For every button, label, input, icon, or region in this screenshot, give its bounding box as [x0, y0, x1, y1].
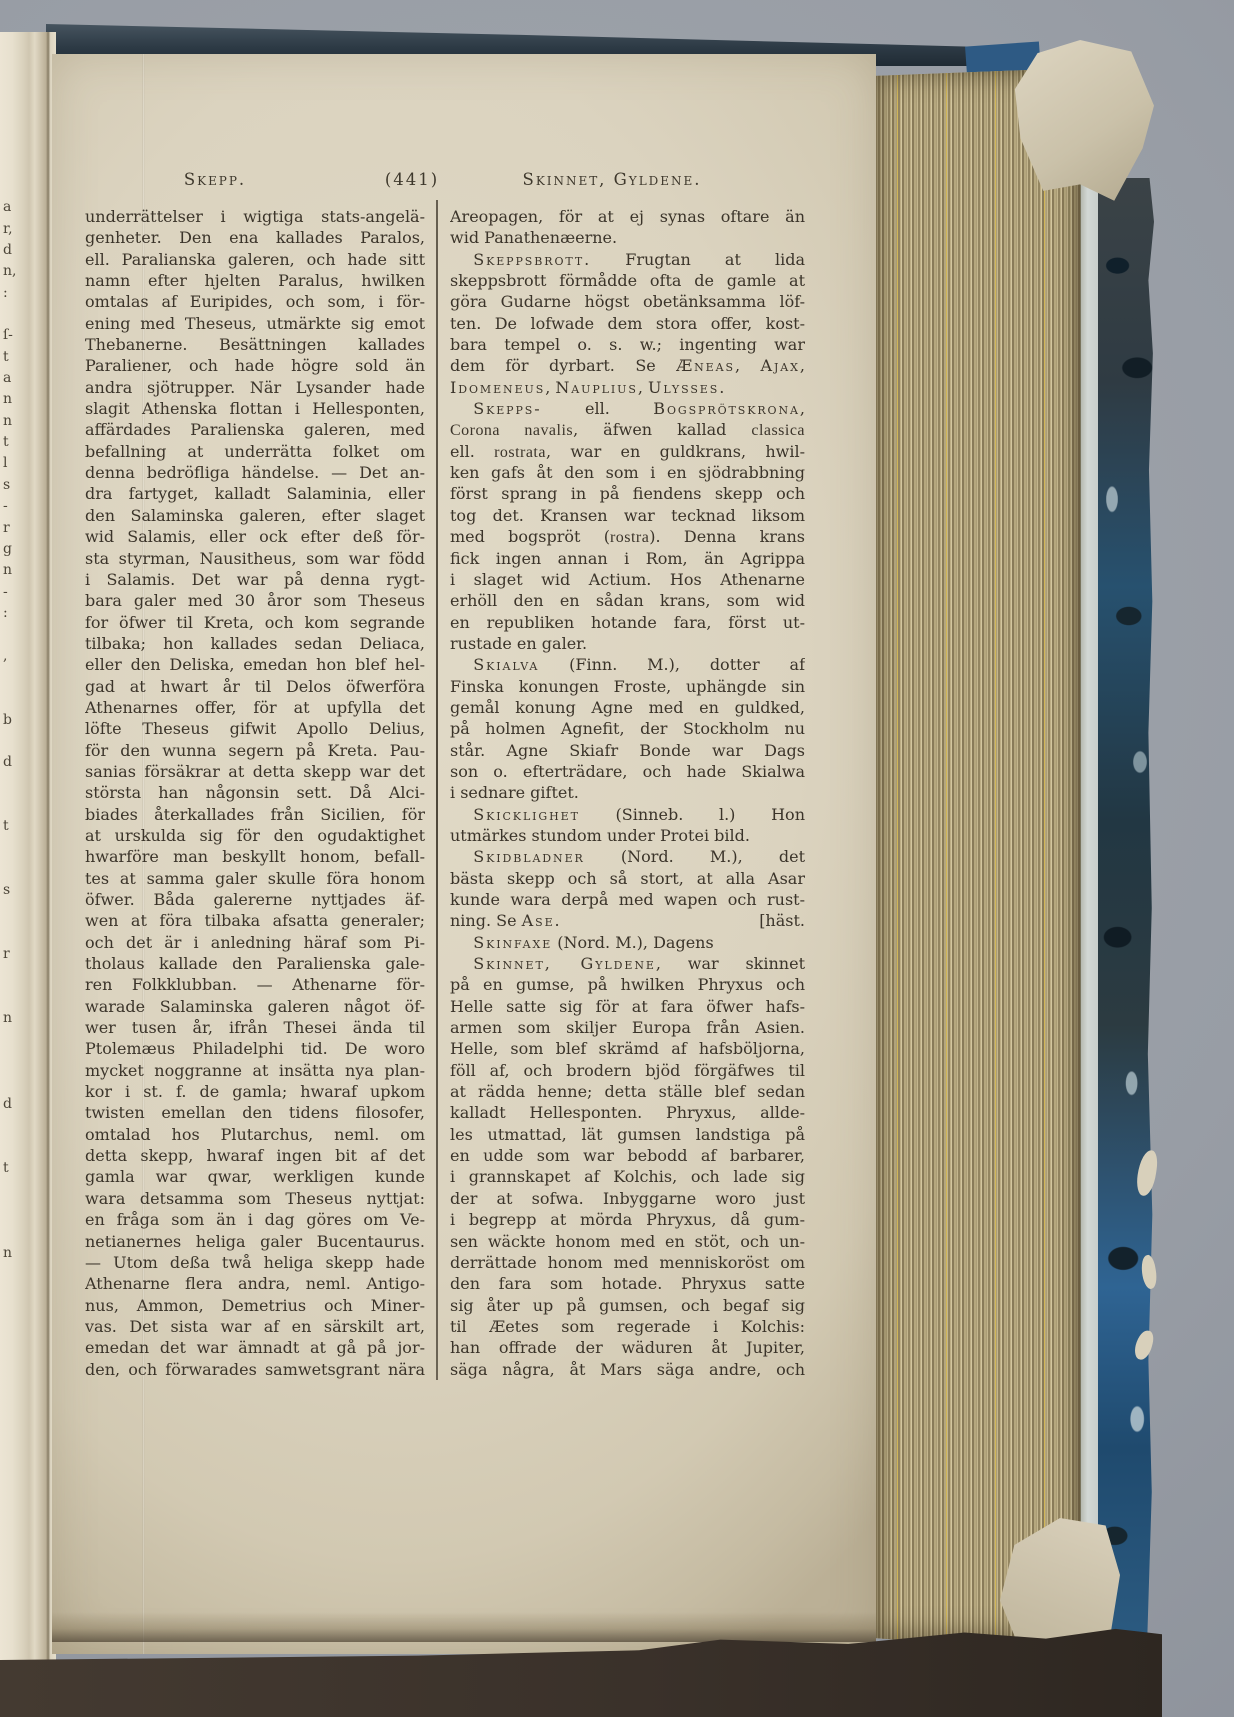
- text-line: nus, Ammon, Demetrius och Miner-: [85, 1295, 425, 1316]
- text-line: Athenarne flera andra, neml. Antigo-: [85, 1273, 425, 1294]
- clipped-letter: l: [3, 453, 23, 474]
- left-text-column: underrättelser i wigtiga stats-angelä-ge…: [85, 206, 425, 1380]
- clipped-letter: ſ-: [3, 325, 23, 346]
- text-line: eller den Deliska, emedan hon blef hel-: [85, 654, 425, 675]
- text-line: kor i st. f. de gamla; hwaraf upkom: [85, 1081, 425, 1102]
- clipped-letter: [3, 624, 23, 645]
- text-line: sen wäckte honom med en stöt, och un-: [450, 1231, 805, 1252]
- text-line: tilbaka; hon kallades sedan Deliaca,: [85, 633, 425, 654]
- clipped-letter: [3, 966, 23, 987]
- clipped-letter: ,: [3, 646, 23, 667]
- text-line: i Salamis. Det war på denna rygt-: [85, 569, 425, 590]
- clipped-letter: [3, 1179, 23, 1200]
- clipped-letter: a: [3, 368, 23, 389]
- text-line: wer tusen år, ifrån Thesei ända til: [85, 1017, 425, 1038]
- text-line: emedan det war ämnadt at gå på jor-: [85, 1337, 425, 1358]
- text-line: les utmattad, lät gumsen landstiga på: [450, 1124, 805, 1145]
- text-line: tog det. Kransen war tecknad liksom: [450, 505, 805, 526]
- running-head-right: Skinnet, Gyldene.: [523, 170, 702, 189]
- text-line: Skidbladner (Nord. M.), det: [450, 846, 805, 867]
- text-line: netianernes heliga galer Bucentaurus.: [85, 1231, 425, 1252]
- text-line: för den wunna segern på Kreta. Pau-: [85, 740, 425, 761]
- clipped-letter: t: [3, 432, 23, 453]
- clipped-letter: [3, 1329, 23, 1350]
- text-line: gad at hwart år til Delos öfwerföra: [85, 676, 425, 697]
- clipped-letter: n,: [3, 261, 23, 282]
- text-line: Idomeneus, Nauplius, Ulysses.: [450, 377, 805, 398]
- text-line: föll af, och brodern bjöd förgäfwes til: [450, 1060, 805, 1081]
- clipped-letter: n: [3, 411, 23, 432]
- text-line: Areopagen, för at ej synas oftare än: [450, 206, 805, 227]
- clipped-letter: [3, 1136, 23, 1157]
- gilt-fore-edge: [876, 68, 1080, 1646]
- text-line: gemål konung Agne med en guldked,: [450, 697, 805, 718]
- text-line: andra sjötrupper. När Lysander hade: [85, 377, 425, 398]
- text-line: Skeppsbrott. Frugtan at lida: [450, 249, 805, 270]
- text-line: öfwer. Båda galererne nyttjades äf-: [85, 889, 425, 910]
- text-line: dra fartyget, kalladt Salaminia, eller: [85, 483, 425, 504]
- clipped-letter: -: [3, 582, 23, 603]
- clipped-letter: [3, 774, 23, 795]
- text-line: på holmen Agnefit, der Stockholm nu: [450, 718, 805, 739]
- text-line: en republiken hotande fara, först ut-: [450, 612, 805, 633]
- text-line: tholaus kallade den Paralienska gale-: [85, 953, 425, 974]
- text-line: erhöll den en sådan krans, som wid: [450, 590, 805, 611]
- text-line: löfte Theseus gifwit Apollo Delius,: [85, 718, 425, 739]
- text-line: en udde som war bebodd af barbarer,: [450, 1145, 805, 1166]
- clipped-letter: [3, 176, 23, 197]
- text-line: Skicklighet (Sinneb. l.) Hon: [450, 804, 805, 825]
- running-head-left: Skepp.: [184, 170, 246, 189]
- right-text-column: Areopagen, för at ej synas oftare änwid …: [450, 206, 805, 1380]
- text-line: at urskulda sig för den ogudaktighet: [85, 825, 425, 846]
- text-line: en fråga som än i dag göres om Ve-: [85, 1209, 425, 1230]
- text-line: at rädda henne; detta ställe blef sedan: [450, 1081, 805, 1102]
- clipped-letter: n: [3, 1243, 23, 1264]
- text-line: den Salaminska galeren, efter slaget: [85, 505, 425, 526]
- clipped-letter: g: [3, 539, 23, 560]
- text-line: utmärkes stundom under Protei bild.: [450, 825, 805, 846]
- clipped-letter: r: [3, 518, 23, 539]
- clipped-letter: t: [3, 347, 23, 368]
- text-line: armen som skiljer Europa från Asien.: [450, 1017, 805, 1038]
- text-line: Ptolemæus Philadelphi tid. De woro: [85, 1038, 425, 1059]
- text-line: i sednare giftet.: [450, 782, 805, 803]
- text-line: hwarföre man beskyllt honom, befall-: [85, 846, 425, 867]
- text-line: ning. Se Ase.[häst.: [450, 910, 805, 931]
- text-line: kunde wara derpå med wapen och rust-: [450, 889, 805, 910]
- text-line: denna bedröfliga händelse. — Det an-: [85, 462, 425, 483]
- text-line: omtalad hos Plutarchus, neml. om: [85, 1124, 425, 1145]
- text-line: göra Gudarne högst obetänksamma löf-: [450, 291, 805, 312]
- clipped-letter: n: [3, 560, 23, 581]
- clipped-letter: [3, 795, 23, 816]
- text-line: bara tempel o. s. w.; ingenting war: [450, 334, 805, 355]
- clipped-letter: [3, 902, 23, 923]
- clipped-letter: a: [3, 197, 23, 218]
- text-line: bästa skepp och så stort, at alla Asar: [450, 868, 805, 889]
- text-line: fick ingen annan i Rom, än Agrippa: [450, 548, 805, 569]
- text-line: största han någonsin sett. Då Alci-: [85, 782, 425, 803]
- text-line: affärdades Paralienska galeren, med: [85, 419, 425, 440]
- clipped-letter: n: [3, 389, 23, 410]
- clipped-letter: [3, 731, 23, 752]
- text-line: med bogspröt (rostra). Denna krans: [450, 526, 805, 547]
- text-line: dem för dyrbart. Se Æneas, Ajax,: [450, 355, 805, 376]
- text-line: sta styrman, Nausitheus, som war född: [85, 548, 425, 569]
- text-line: han offrade der wäduren åt Jupiter,: [450, 1337, 805, 1358]
- text-line: vas. Det sista war af en särskilt art,: [85, 1316, 425, 1337]
- text-line: skeppsbrott förmådde ofta de gamle at: [450, 270, 805, 291]
- clipped-letter: [3, 1201, 23, 1222]
- text-line: står. Agne Skiafr Bonde war Dags: [450, 740, 805, 761]
- text-line: sanias försäkrar at detta skepp war det: [85, 761, 425, 782]
- clipped-letter: d: [3, 752, 23, 773]
- text-line: sig åter up på gumsen, och begaf sig: [450, 1295, 805, 1316]
- text-line: den fara som hotade. Phryxus satte: [450, 1273, 805, 1294]
- clipped-letter: [3, 1030, 23, 1051]
- clipped-letter: b: [3, 710, 23, 731]
- text-line: der at sofwa. Inbyggarne woro just: [450, 1188, 805, 1209]
- clipped-letter: -: [3, 496, 23, 517]
- text-line: wara detsamma som Theseus nyttjat:: [85, 1188, 425, 1209]
- column-divider-rule: [436, 200, 438, 1380]
- book-photograph: ar,dn,:ſ-tanntls-rgn-:,bdtsrndtn Skepp. …: [0, 0, 1234, 1717]
- clipped-letter: [3, 1072, 23, 1093]
- clipped-letter: t: [3, 816, 23, 837]
- clipped-letter: [3, 1265, 23, 1286]
- text-line: son o. efterträdare, och hade Skialwa: [450, 761, 805, 782]
- clipped-letter: [3, 688, 23, 709]
- text-line: wen at föra tilbaka afsatta generaler;: [85, 910, 425, 931]
- text-line: wid Salamis, eller ock efter deß för-: [85, 526, 425, 547]
- clipped-letter: [3, 1307, 23, 1328]
- text-line: til Æetes som regerade i Kolchis:: [450, 1316, 805, 1337]
- clipped-letter: :: [3, 283, 23, 304]
- clipped-letter: [3, 838, 23, 859]
- text-line: omtalas af Euripides, och som, i för-: [85, 291, 425, 312]
- clipped-letter: [3, 1286, 23, 1307]
- text-line: mycket noggranne at insätta nya plan-: [85, 1060, 425, 1081]
- clipped-letter: [3, 923, 23, 944]
- text-line: Skinnet, Gyldene, war skinnet: [450, 953, 805, 974]
- clipped-letter: d: [3, 1094, 23, 1115]
- text-line: wid Panathenæerne.: [450, 227, 805, 248]
- clipped-letter: [3, 1115, 23, 1136]
- text-line: Corona navalis, äfwen kallad classica: [450, 419, 805, 440]
- text-line: Skialva (Finn. M.), dotter af: [450, 654, 805, 675]
- text-line: ken gafs åt den som i en sjödrabbning: [450, 462, 805, 483]
- text-line: namn efter hjelten Paralus, hwilken: [85, 270, 425, 291]
- page-bottom-shading: [52, 1612, 876, 1642]
- text-line: Thebanerne. Besättningen kallades: [85, 334, 425, 355]
- clipped-letter: [3, 304, 23, 325]
- text-line: tes at samma galer skulle föra honom: [85, 868, 425, 889]
- text-line: i begrepp at mörda Phryxus, då gum-: [450, 1209, 805, 1230]
- text-line: befallning at underrätta folket om: [85, 441, 425, 462]
- text-line: på en gumse, på hwilken Phryxus och: [450, 974, 805, 995]
- text-line: detta skepp, hwaraf ingen bit af det: [85, 1145, 425, 1166]
- text-line: — Utom deßa twå heliga skepp hade: [85, 1252, 425, 1273]
- text-line: ell. Paralianska galeren, och hade sitt: [85, 249, 425, 270]
- text-line: for öfwer til Kreta, och kom segrande: [85, 612, 425, 633]
- clipped-letter: [3, 1051, 23, 1072]
- previous-page-clipped-letters: ar,dn,:ſ-tanntls-rgn-:,bdtsrndtn: [3, 176, 23, 1350]
- clipped-letter: r: [3, 944, 23, 965]
- text-line: Helle satte sig för at fara öfwer hafs-: [450, 996, 805, 1017]
- clipped-letter: t: [3, 1158, 23, 1179]
- text-line: ten. De lofwade dem stora offer, kost-: [450, 313, 805, 334]
- text-line: Skepps- ell. Bogsprötskrona,: [450, 398, 805, 419]
- text-line: ren Folkklubban. — Athenarne för-: [85, 974, 425, 995]
- text-line: warade Salaminska galeren något öf-: [85, 996, 425, 1017]
- text-line: bara galer med 30 åror som Theseus: [85, 590, 425, 611]
- clipped-letter: [3, 1222, 23, 1243]
- clipped-letter: [3, 859, 23, 880]
- text-line: gamla war qwar, werkligen kunde: [85, 1166, 425, 1187]
- clipped-letter: d: [3, 240, 23, 261]
- text-line: Finska konungen Froste, uphängde sin: [450, 676, 805, 697]
- marbled-board-edge: [1098, 178, 1154, 1638]
- text-line: Helle, som blef skrämd af hafsböljorna,: [450, 1038, 805, 1059]
- clipped-letter: [3, 667, 23, 688]
- clipped-letter: s: [3, 880, 23, 901]
- text-line: först sprang in på fiendens skepp och: [450, 483, 805, 504]
- clipped-letter: r,: [3, 219, 23, 240]
- book-page: Skepp. (441) Skinnet, Gyldene. underrätt…: [52, 54, 876, 1654]
- text-line: i grannskapet af Kolchis, och lade sig: [450, 1166, 805, 1187]
- text-line: slagit Athenska flottan i Hellesponten,: [85, 398, 425, 419]
- clipped-letter: n: [3, 1008, 23, 1029]
- text-line: ening med Theseus, utmärkte sig emot: [85, 313, 425, 334]
- text-line: och det är i anledning häraf som Pi-: [85, 932, 425, 953]
- text-line: kalladt Hellesponten. Phryxus, allde-: [450, 1102, 805, 1123]
- text-line: Athenarnes offer, för at upfylla det: [85, 697, 425, 718]
- text-line: den, och förwarades samwetsgrant nära: [85, 1359, 425, 1380]
- text-line: rustade en galer.: [450, 633, 805, 654]
- text-line: underrättelser i wigtiga stats-angelä-: [85, 206, 425, 227]
- clipped-letter: :: [3, 603, 23, 624]
- text-line: biades återkallades från Sicilien, för: [85, 804, 425, 825]
- clipped-letter: [3, 987, 23, 1008]
- text-line: Paraliener, och hade högre sold än: [85, 355, 425, 376]
- text-line: säga några, åt Mars säga andre, och: [450, 1359, 805, 1380]
- text-line: i slaget wid Actium. Hos Athenarne: [450, 569, 805, 590]
- text-line: genheter. Den ena kallades Paralos,: [85, 227, 425, 248]
- text-line: twisten emellan den tidens filosofer,: [85, 1102, 425, 1123]
- text-line: ell. rostrata, war en guldkrans, hwil-: [450, 441, 805, 462]
- page-number: (441): [385, 170, 439, 189]
- text-line: derrättade honom med menniskoröst om: [450, 1252, 805, 1273]
- text-line: Skinfaxe (Nord. M.), Dagens: [450, 932, 805, 953]
- board-lining-strip: [1080, 62, 1100, 1648]
- clipped-letter: s: [3, 475, 23, 496]
